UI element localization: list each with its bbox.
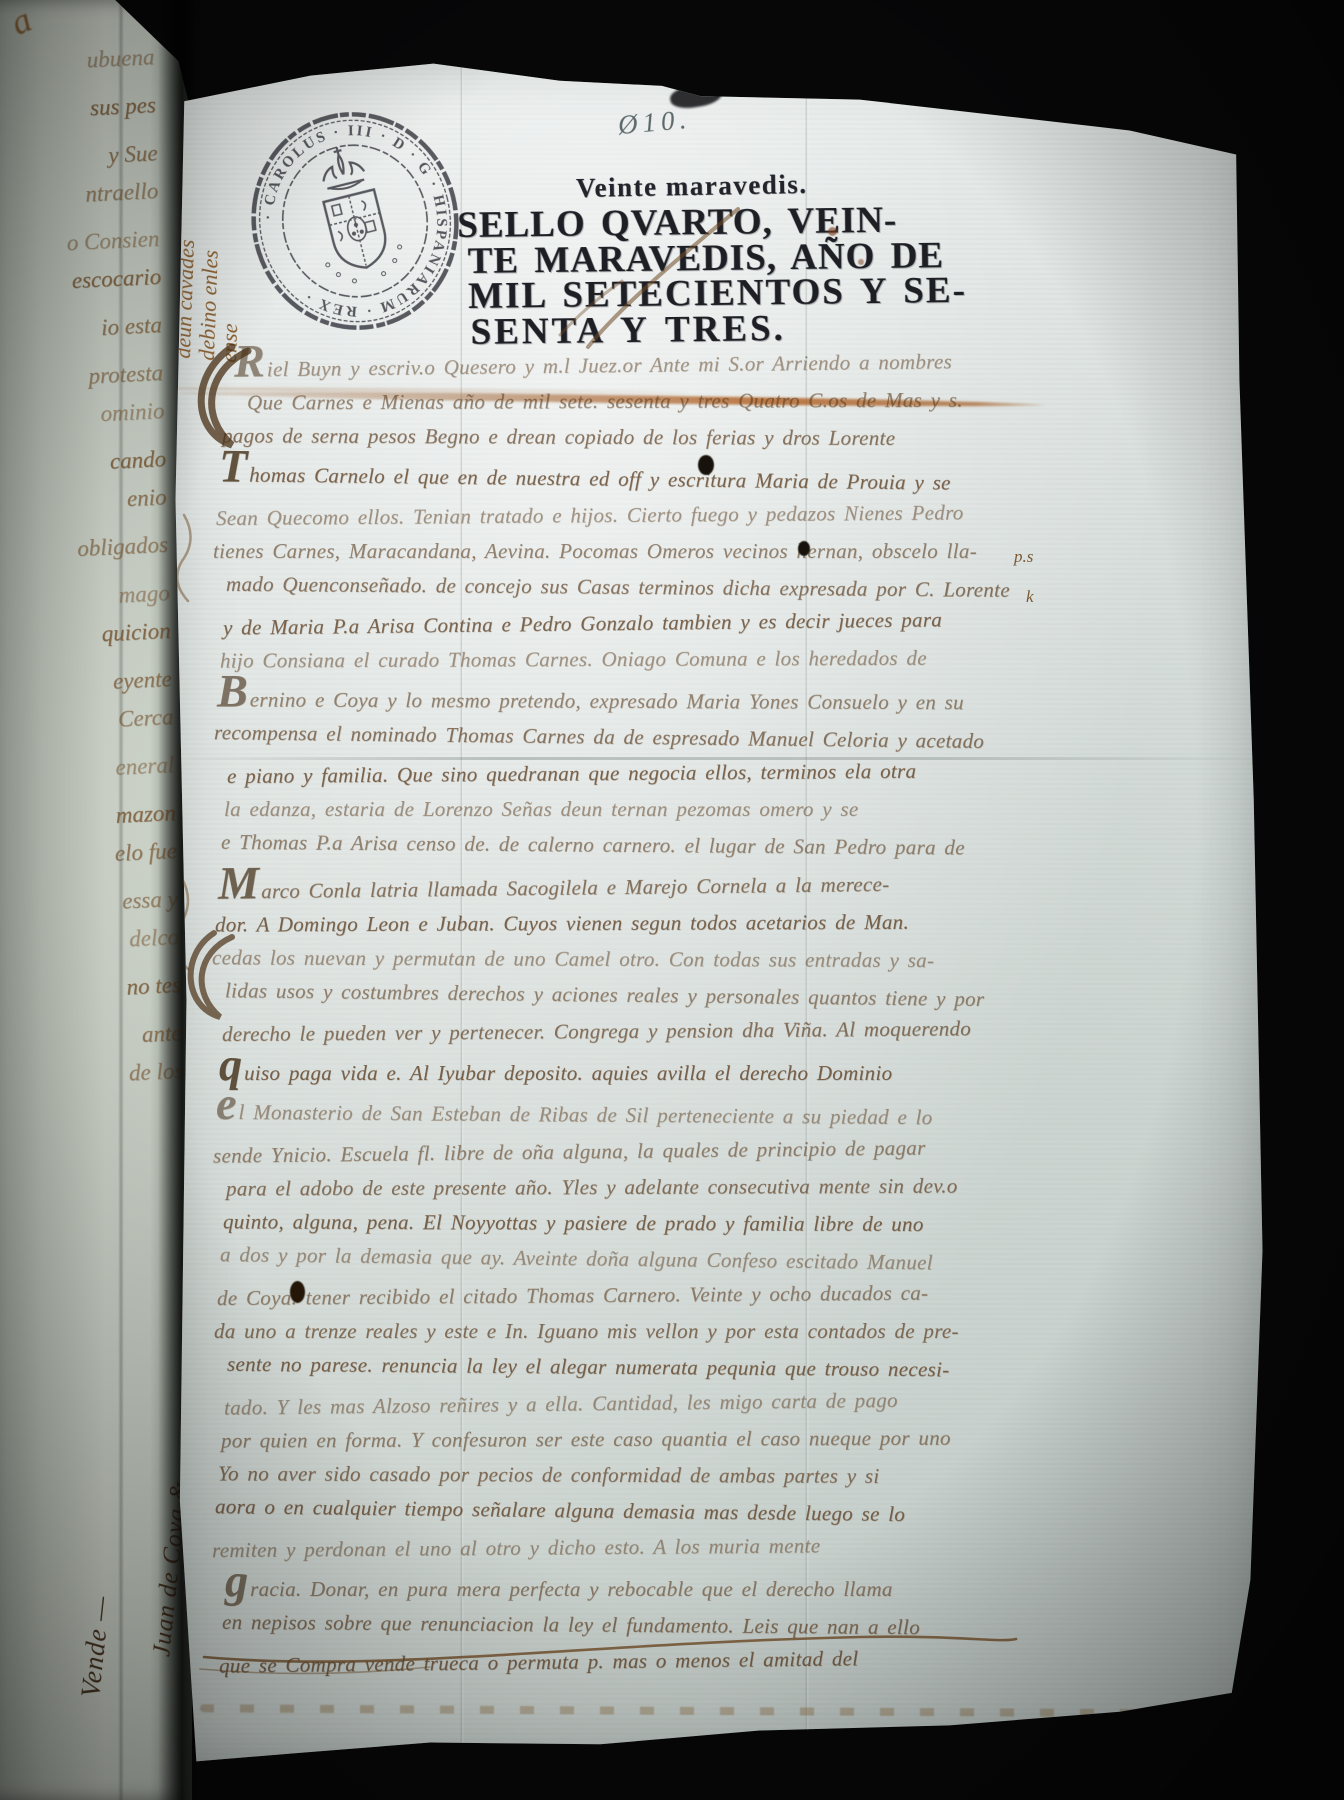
manuscript-line: Riel Buyn y escriv.o Quesero y m.l Juez.… (234, 336, 1042, 387)
manuscript-line: Bernino e Coya y lo mesmo pretendo, expr… (217, 675, 1042, 720)
left-page-fragment: escocario (71, 265, 161, 292)
left-page-fragment: sus pes (90, 93, 157, 119)
manuscript-line: e piano y familia. Que sino quedranan qu… (227, 752, 1042, 794)
manuscript-line: gracia. Donar, en pura mera perfecta y r… (225, 1565, 1042, 1607)
stamp-legend: · CAROLUS · III · D · G · HISPANIARUM · … (243, 103, 470, 338)
docket-vende-line: Vende — (75, 1594, 117, 1699)
manuscript-line: derecho le pueden ver y pertenecer. Cong… (222, 1010, 1042, 1052)
manuscript-line: pagos de serna pesos Begno e drean copia… (222, 417, 1042, 456)
manuscript-line: quiso paga vida e. Al Iyubar deposito. a… (219, 1049, 1042, 1091)
manuscript-line: da uno a trenze reales y este e In. Igua… (214, 1313, 1042, 1349)
left-page-fragment: ntraello (85, 179, 159, 206)
printed-heading-veinte-maravedis: Veinte maravedis. (576, 169, 808, 204)
manuscript-photo: a ubuenasus pesy Suentraelloo Consienesc… (0, 0, 1344, 1800)
printed-sello-block: SELLO QVARTO, VEIN- TE MARAVEDIS, AÑO DE… (457, 202, 967, 350)
left-page-fragment: ubuena (86, 45, 155, 71)
carolus-iii-seal-stamp: · CAROLUS · III · D · G · HISPANIARUM · … (224, 85, 487, 358)
pencil-mark: Ø10. (617, 104, 693, 141)
left-page-fragment: io esta (101, 313, 163, 339)
ink-blot (698, 455, 714, 475)
rust-speck (828, 227, 837, 236)
manuscript-line: la edanza, estaria de Lorenzo Señas deun… (224, 791, 1042, 827)
left-page-fragment: o Consien (67, 227, 161, 254)
manuscript-line: para el adobo de este presente año. Yles… (226, 1167, 1042, 1206)
manuscript-line: remiten y perdonan el uno al otro y dich… (212, 1526, 1042, 1568)
manuscript-line: Marco Conla latria llamada Sacogilela e … (218, 858, 1042, 909)
ink-blot (290, 1281, 305, 1303)
left-page-fragment: protesta (88, 361, 164, 388)
left-page-fragment: ominio (100, 399, 165, 425)
document-page: Ø10. (170, 55, 1268, 1770)
manuscript-line: tienes Carnes, Maracandana, Aevina. Poco… (213, 533, 1042, 569)
rust-speck (858, 259, 864, 265)
manuscript-body: Riel Buyn y escriv.o Quesero y m.l Juez.… (212, 341, 1042, 1679)
manuscript-line: Sean Quecomo ellos. Tenian tratado e hij… (216, 494, 1042, 536)
manuscript-line: hijo Consiana el curado Thomas Carnes. O… (220, 639, 1042, 678)
svg-text:· CAROLUS · III · D · G · HISP: · CAROLUS · III · D · G · HISPANIARUM · … (243, 103, 470, 338)
manuscript-line: dor. A Domingo Leon e Juban. Cuyos viene… (215, 903, 1042, 942)
manuscript-line: Que Carnes e Mienas año de mil sete. ses… (247, 381, 1042, 420)
bottom-edge-stitching (200, 1704, 1230, 1717)
manuscript-line: que se Compra vende trueca o permuta p. … (219, 1638, 1042, 1683)
left-page-fragment: y Sue (108, 141, 158, 166)
ink-blot (798, 541, 810, 556)
manuscript-line: de Coya. tener recibido el citado Thomas… (217, 1274, 1042, 1316)
left-page-fragment: obligados (77, 533, 169, 560)
corner-pen-mark: a (4, 0, 38, 44)
manuscript-line: quinto, alguna, pena. El Noyyottas y pas… (223, 1203, 1042, 1242)
manuscript-line: por quien en forma. Y confesuron ser est… (221, 1419, 1042, 1458)
